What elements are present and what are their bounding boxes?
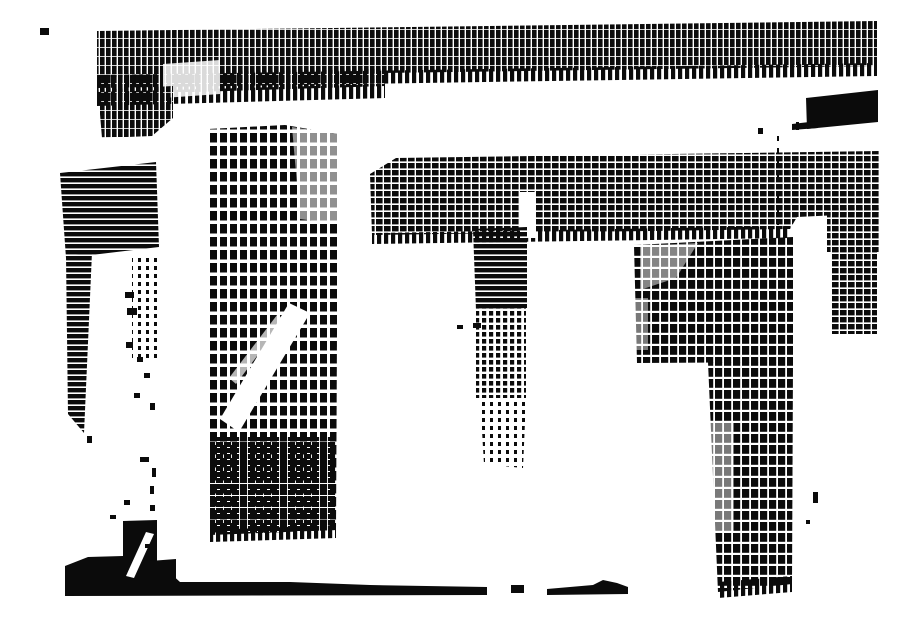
band-column-solid [473, 227, 527, 310]
right-building-left-edge-light [635, 298, 648, 350]
speck [473, 323, 481, 328]
top-band-foot [98, 86, 173, 138]
speck [40, 28, 49, 35]
speck [110, 515, 116, 519]
mid-band [370, 151, 880, 235]
speck [137, 357, 143, 362]
bottom-strip-right [547, 580, 628, 595]
band-column-dither-lower [480, 398, 526, 468]
scene-regions [40, 21, 880, 598]
right-band-column-top [827, 208, 879, 252]
speck [150, 505, 155, 511]
band-column-dither-upper [476, 308, 526, 398]
speck [124, 500, 130, 505]
speck [457, 325, 463, 329]
left-facade-strip [66, 252, 92, 433]
speck [150, 403, 155, 410]
right-building-column-light [710, 421, 734, 533]
bottom-strip-mark [511, 585, 524, 593]
speck [813, 492, 818, 503]
speck [134, 393, 140, 398]
speck [87, 436, 92, 443]
speck [145, 544, 152, 548]
speck [140, 457, 149, 462]
speck [127, 308, 137, 315]
speck [758, 128, 763, 134]
speck [150, 486, 154, 494]
mid-building-base [210, 437, 336, 535]
thresholded-aerial-photograph [40, 16, 900, 614]
left-facade-speck-column [132, 254, 158, 358]
top-right-block-ledge [792, 121, 818, 130]
speck [125, 292, 134, 298]
right-band-column [831, 250, 877, 334]
binarized-facades-canvas [40, 16, 900, 614]
speck [796, 122, 799, 130]
speck [144, 373, 150, 378]
speck [126, 342, 133, 348]
speck [152, 468, 156, 477]
bottom-structure-tower [150, 559, 176, 583]
left-facade-top [60, 162, 159, 258]
speck [806, 520, 810, 524]
